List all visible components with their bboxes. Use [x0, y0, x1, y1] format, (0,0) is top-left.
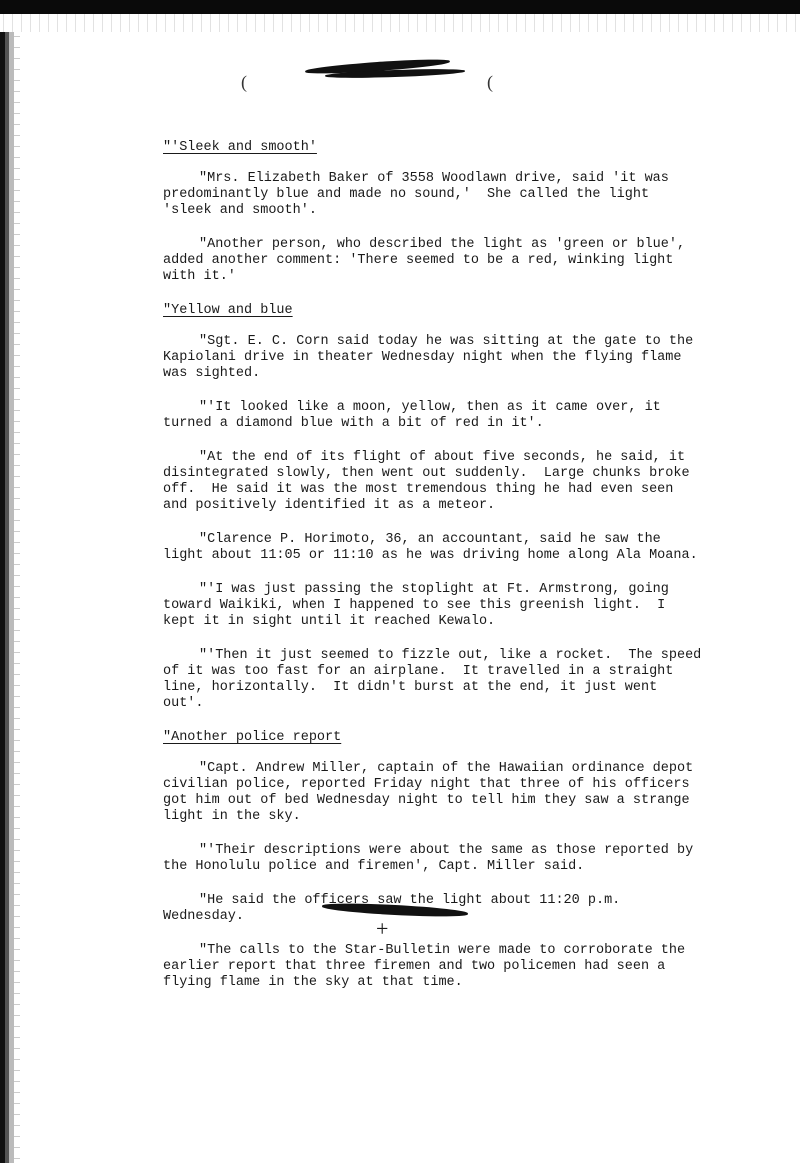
bottom-cross-mark: + [376, 916, 388, 942]
document-body: "'Sleek and smooth' "Mrs. Elizabeth Bake… [163, 140, 703, 1009]
top-right-paren: ( [487, 72, 493, 93]
paragraph: "Capt. Andrew Miller, captain of the Haw… [163, 761, 703, 825]
paragraph: "'Then it just seemed to fizzle out, lik… [163, 648, 703, 712]
paragraph: "Sgt. E. C. Corn said today he was sitti… [163, 334, 703, 382]
scan-left-edge [0, 32, 14, 1163]
top-left-paren: ( [241, 72, 247, 93]
section-heading-yellow-and-blue: "Yellow and blue [163, 303, 703, 318]
paragraph: "'It looked like a moon, yellow, then as… [163, 400, 703, 432]
paragraph: "The calls to the Star-Bulletin were mad… [163, 943, 703, 991]
section-heading-another-police-report: "Another police report [163, 730, 703, 745]
section-heading-sleek-and-smooth: "'Sleek and smooth' [163, 140, 703, 155]
paragraph: "'Their descriptions were about the same… [163, 843, 703, 875]
paragraph: "'I was just passing the stoplight at Ft… [163, 582, 703, 630]
paragraph: "Another person, who described the light… [163, 237, 703, 285]
paragraph: "Clarence P. Horimoto, 36, an accountant… [163, 532, 703, 564]
paragraph: "Mrs. Elizabeth Baker of 3558 Woodlawn d… [163, 171, 703, 219]
scan-top-edge [0, 14, 800, 32]
scan-left-noise [14, 32, 20, 1163]
paragraph: "At the end of its flight of about five … [163, 450, 703, 514]
scan-top-border [0, 0, 800, 14]
